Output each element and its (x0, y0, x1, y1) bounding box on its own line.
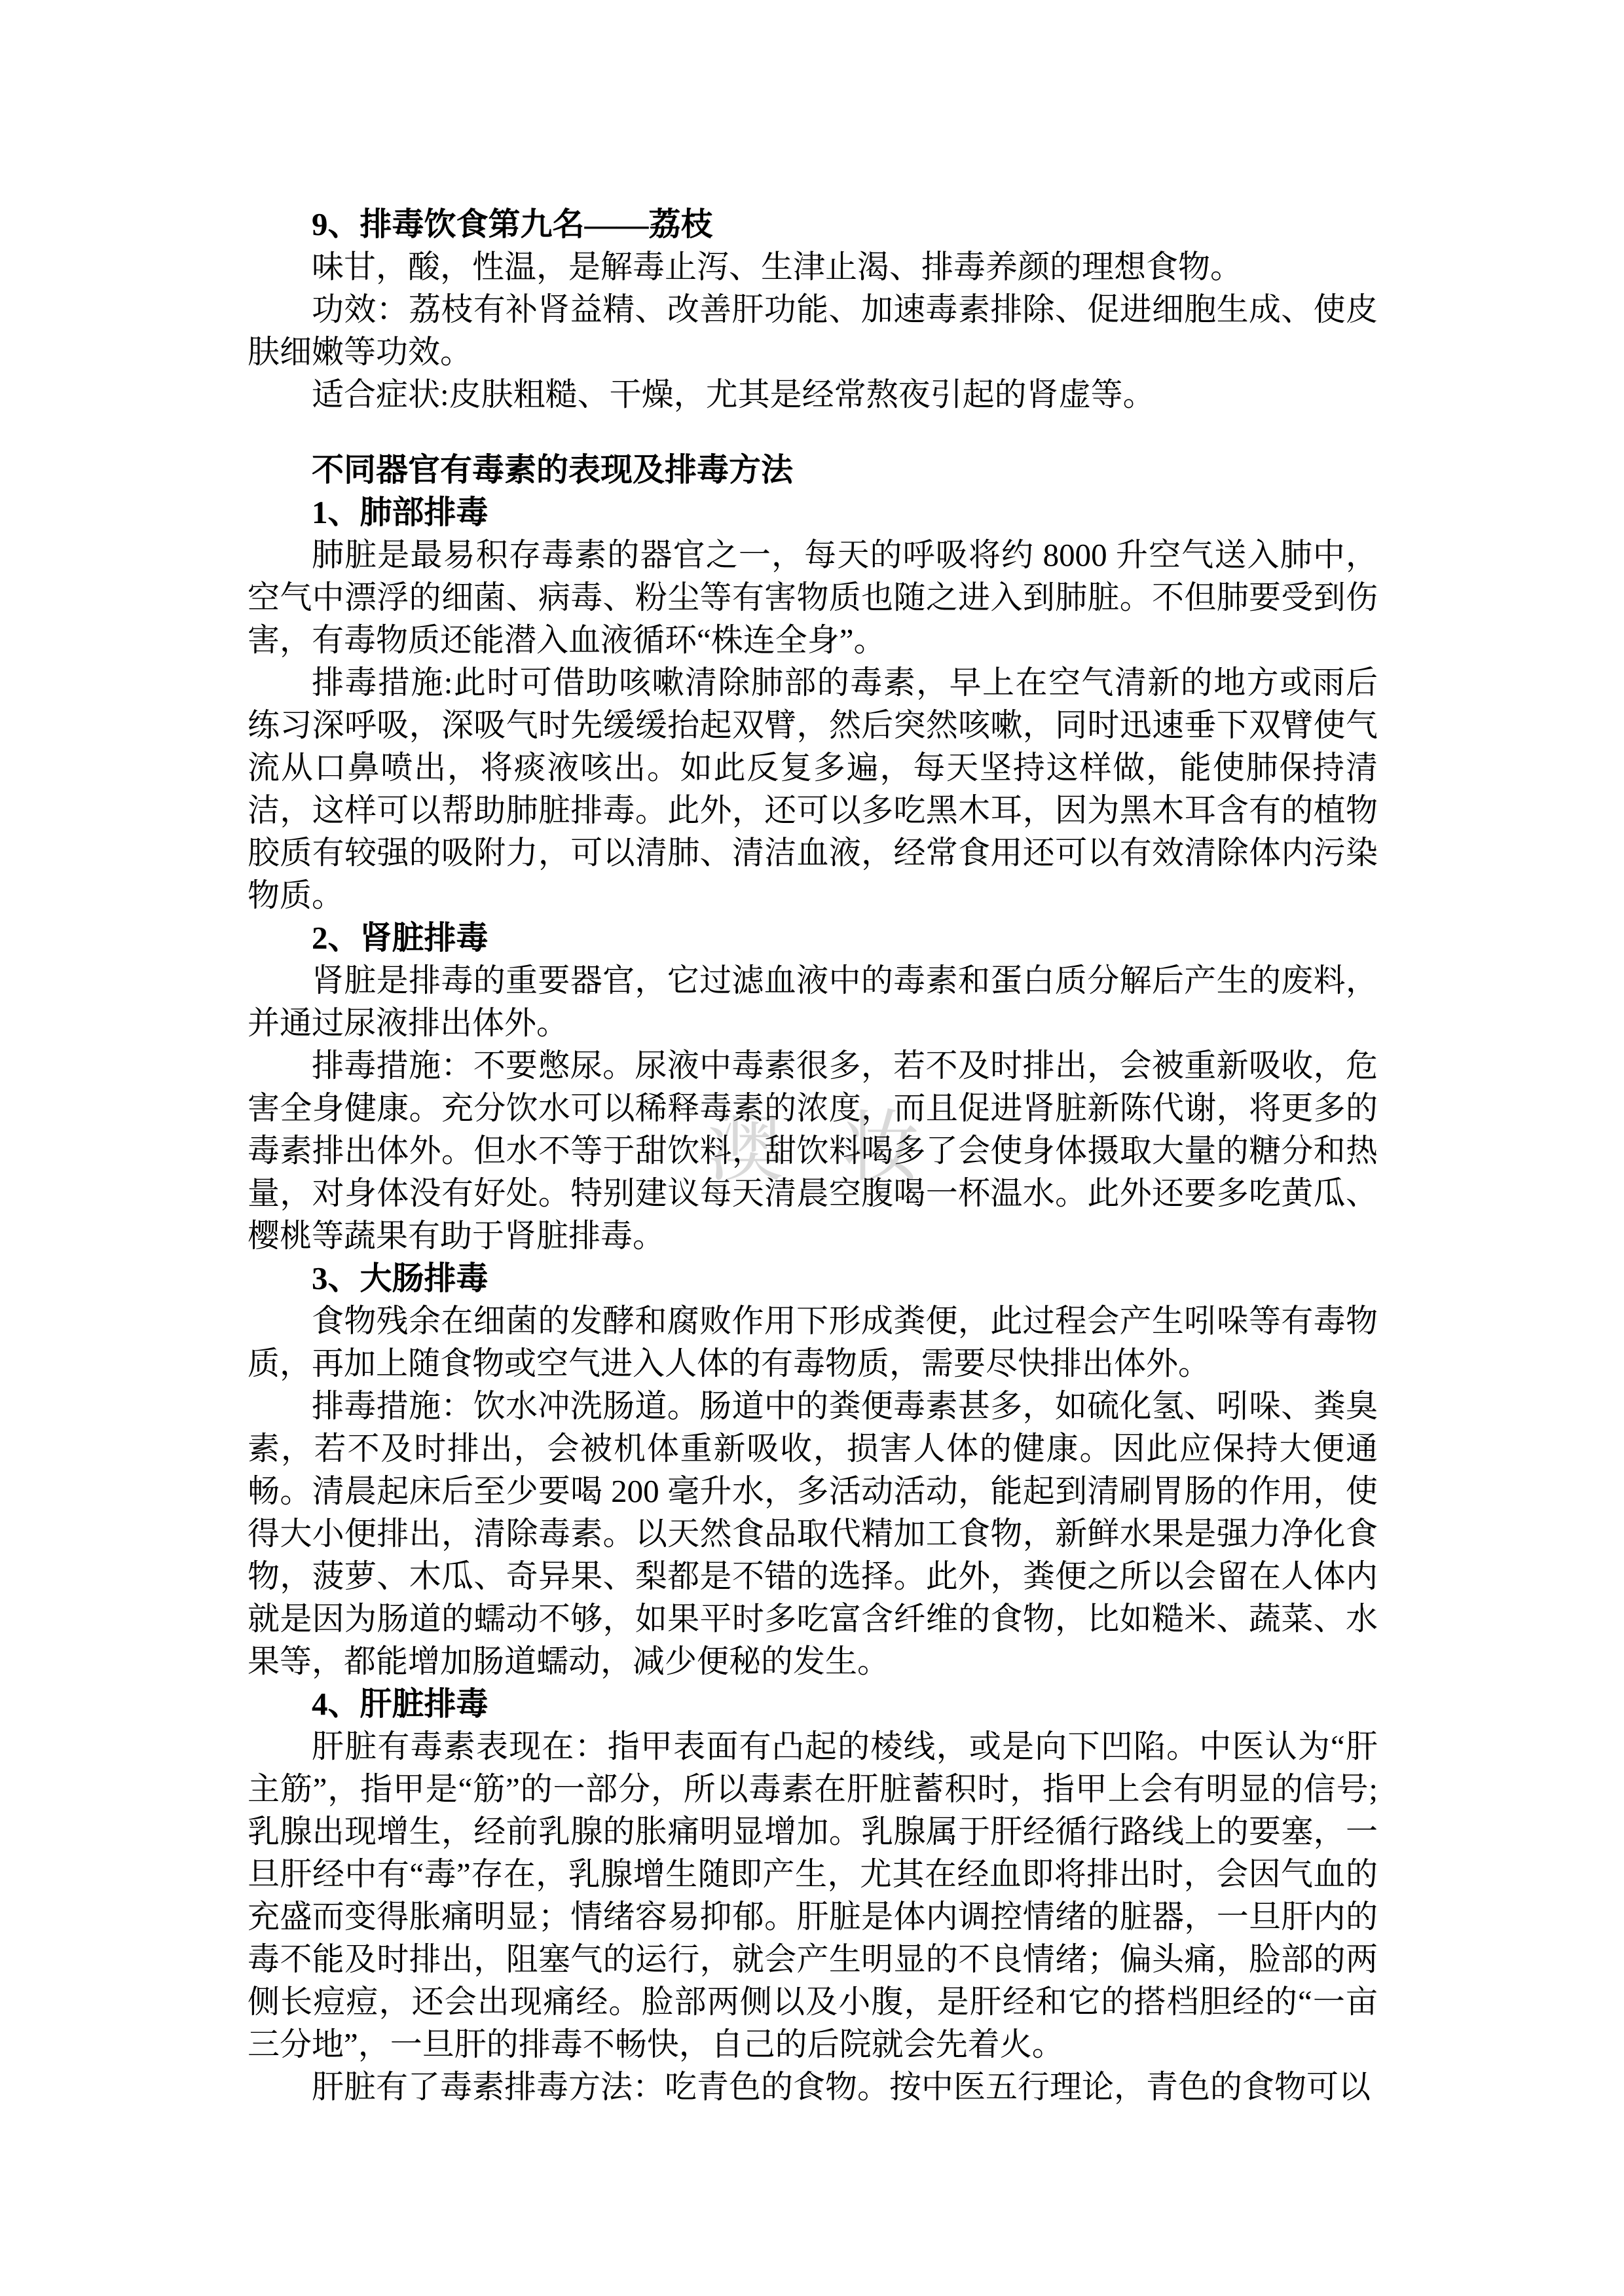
text-block: 9、排毒饮食第九名——荔枝 味甘，酸，性温，是解毒止泻、生津止渴、排毒养颜的理想… (248, 203, 1378, 2108)
section-heading-intestine: 3、大肠排毒 (248, 1257, 1378, 1300)
section-heading-liver: 4、肝脏排毒 (248, 1683, 1378, 1725)
paragraph: 肺脏是最易积存毒素的器官之一，每天的呼吸将约 8000 升空气送入肺中，空气中漂… (248, 534, 1378, 661)
section-heading-kidney: 2、肾脏排毒 (248, 917, 1378, 959)
section-heading-organs: 不同器官有毒素的表现及排毒方法 (248, 448, 1378, 491)
paragraph: 肾脏是排毒的重要器官，它过滤血液中的毒素和蛋白质分解后产生的废料，并通过尿液排出… (248, 959, 1378, 1044)
paragraph: 适合症状:皮肤粗糙、干燥，尤其是经常熬夜引起的肾虚等。 (248, 373, 1378, 416)
blank-line (248, 416, 1378, 448)
paragraph: 排毒措施：饮水冲洗肠道。肠道中的粪便毒素甚多，如硫化氢、吲哚、粪臭素，若不及时排… (248, 1385, 1378, 1683)
paragraph: 味甘，酸，性温，是解毒止泻、生津止渴、排毒养颜的理想食物。 (248, 246, 1378, 288)
paragraph: 肝脏有毒素表现在：指甲表面有凸起的棱线，或是向下凹陷。中医认为“肝主筋”，指甲是… (248, 1725, 1378, 2066)
paragraph: 排毒措施：不要憋尿。尿液中毒素很多，若不及时排出，会被重新吸收，危害全身健康。充… (248, 1044, 1378, 1257)
paragraph: 食物残余在细菌的发酵和腐败作用下形成粪便，此过程会产生吲哚等有毒物质，再加上随食… (248, 1300, 1378, 1385)
paragraph: 功效：荔枝有补肾益精、改善肝功能、加速毒素排除、促进细胞生成、使皮肤细嫩等功效。 (248, 288, 1378, 373)
section-heading-lychee: 9、排毒饮食第九名——荔枝 (248, 203, 1378, 246)
document-page: 澳 妆 9、排毒饮食第九名——荔枝 味甘，酸，性温，是解毒止泻、生津止渴、排毒养… (0, 0, 1624, 2296)
paragraph: 肝脏有了毒素排毒方法：吃青色的食物。按中医五行理论，青色的食物可以 (248, 2066, 1378, 2108)
paragraph: 排毒措施:此时可借助咳嗽清除肺部的毒素，早上在空气清新的地方或雨后练习深呼吸，深… (248, 661, 1378, 917)
section-heading-lung: 1、肺部排毒 (248, 491, 1378, 534)
